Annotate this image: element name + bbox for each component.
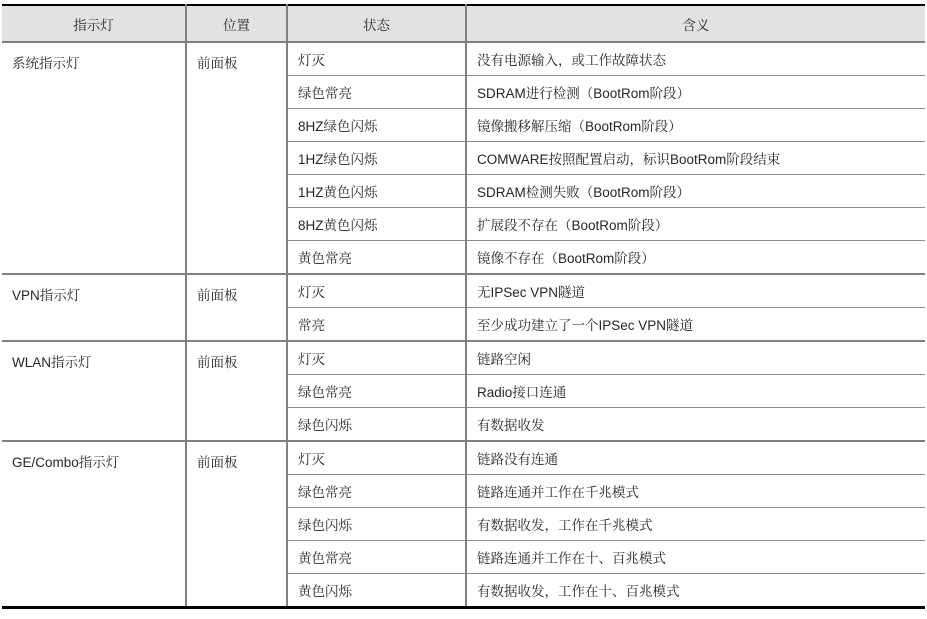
header-indicator: 指示灯 <box>2 5 186 42</box>
header-location: 位置 <box>186 5 287 42</box>
header-state: 状态 <box>287 5 466 42</box>
indicator-cell: WLAN指示灯 <box>2 341 186 441</box>
state-cell: 灯灭 <box>287 441 466 475</box>
meaning-cell: 镜像搬移解压缩（BootRom阶段） <box>466 109 925 142</box>
table-row: GE/Combo指示灯前面板灯灭链路没有连通 <box>2 441 925 475</box>
table-row: 系统指示灯前面板灯灭没有电源输入，或工作故障状态 <box>2 42 925 76</box>
state-cell: 绿色闪烁 <box>287 408 466 442</box>
meaning-cell: 有数据收发，工作在十、百兆模式 <box>466 574 925 608</box>
state-cell: 绿色常亮 <box>287 475 466 508</box>
indicator-cell: VPN指示灯 <box>2 274 186 341</box>
meaning-cell: 链路没有连通 <box>466 441 925 475</box>
meaning-cell: 链路连通并工作在千兆模式 <box>466 475 925 508</box>
header-meaning: 含义 <box>466 5 925 42</box>
header-row: 指示灯 位置 状态 含义 <box>2 5 925 42</box>
indicator-cell: GE/Combo指示灯 <box>2 441 186 608</box>
meaning-cell: SDRAM进行检测（BootRom阶段） <box>466 76 925 109</box>
meaning-cell: 没有电源输入，或工作故障状态 <box>466 42 925 76</box>
state-cell: 1HZ绿色闪烁 <box>287 142 466 175</box>
meaning-cell: 有数据收发 <box>466 408 925 442</box>
table-row: VPN指示灯前面板灯灭无IPSec VPN隧道 <box>2 274 925 308</box>
meaning-cell: Radio接口连通 <box>466 375 925 408</box>
table-body: 系统指示灯前面板灯灭没有电源输入，或工作故障状态绿色常亮SDRAM进行检测（Bo… <box>2 42 925 608</box>
state-cell: 灯灭 <box>287 274 466 308</box>
state-cell: 8HZ黄色闪烁 <box>287 208 466 241</box>
table-row: WLAN指示灯前面板灯灭链路空闲 <box>2 341 925 375</box>
table-header: 指示灯 位置 状态 含义 <box>2 5 925 42</box>
location-cell: 前面板 <box>186 42 287 274</box>
location-cell: 前面板 <box>186 274 287 341</box>
location-cell: 前面板 <box>186 341 287 441</box>
indicator-cell: 系统指示灯 <box>2 42 186 274</box>
state-cell: 黄色常亮 <box>287 541 466 574</box>
state-cell: 8HZ绿色闪烁 <box>287 109 466 142</box>
meaning-cell: 扩展段不存在（BootRom阶段） <box>466 208 925 241</box>
state-cell: 黄色常亮 <box>287 241 466 275</box>
state-cell: 黄色闪烁 <box>287 574 466 608</box>
state-cell: 灯灭 <box>287 341 466 375</box>
state-cell: 常亮 <box>287 308 466 342</box>
meaning-cell: 至少成功建立了一个IPSec VPN隧道 <box>466 308 925 342</box>
meaning-cell: 链路连通并工作在十、百兆模式 <box>466 541 925 574</box>
state-cell: 1HZ黄色闪烁 <box>287 175 466 208</box>
meaning-cell: SDRAM检测失败（BootRom阶段） <box>466 175 925 208</box>
meaning-cell: 镜像不存在（BootRom阶段） <box>466 241 925 275</box>
state-cell: 绿色闪烁 <box>287 508 466 541</box>
meaning-cell: 链路空闲 <box>466 341 925 375</box>
location-cell: 前面板 <box>186 441 287 608</box>
state-cell: 绿色常亮 <box>287 76 466 109</box>
meaning-cell: COMWARE按照配置启动，标识BootRom阶段结束 <box>466 142 925 175</box>
led-indicator-table-panel: 指示灯 位置 状态 含义 系统指示灯前面板灯灭没有电源输入，或工作故障状态绿色常… <box>2 4 925 609</box>
meaning-cell: 有数据收发，工作在千兆模式 <box>466 508 925 541</box>
state-cell: 灯灭 <box>287 42 466 76</box>
state-cell: 绿色常亮 <box>287 375 466 408</box>
meaning-cell: 无IPSec VPN隧道 <box>466 274 925 308</box>
led-indicator-table: 指示灯 位置 状态 含义 系统指示灯前面板灯灭没有电源输入，或工作故障状态绿色常… <box>2 4 925 609</box>
